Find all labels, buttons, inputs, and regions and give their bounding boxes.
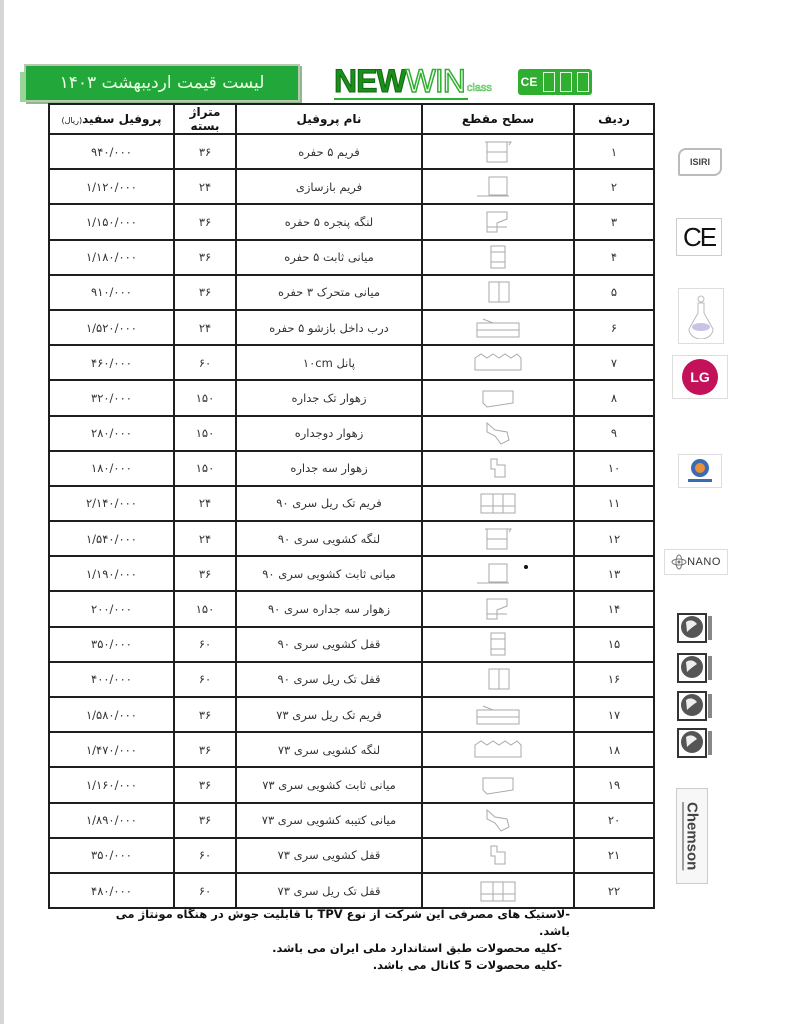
table-row: ۲۲قفل تک ریل سری ۷۳۶۰۴۸۰/۰۰۰ (49, 873, 654, 908)
page-title: لیست قیمت اردیبهشت ۱۴۰۳ (60, 73, 265, 93)
sliding-lock-73-section-icon (423, 842, 573, 868)
nano-label: NANO (687, 556, 721, 568)
table-row: ۱۵قفل کشویی سری ۹۰۶۰۳۵۰/۰۰۰ (49, 627, 654, 662)
ce-label: CE (683, 222, 715, 253)
price-cell: ۹۴۰/۰۰۰ (49, 134, 174, 169)
single-rail-lock-90-section-icon (423, 666, 573, 692)
price-cell: ۴۸۰/۰۰۰ (49, 873, 174, 908)
cross-section-cell (422, 873, 574, 908)
profile-name-cell: قفل تک ریل سری ۷۳ (236, 873, 422, 908)
row-number-cell: ۱۲ (574, 521, 654, 556)
price-cell: ۱/۴۷۰/۰۰۰ (49, 732, 174, 767)
cross-section-cell (422, 521, 574, 556)
transom-mullion-73-section-icon (423, 807, 573, 833)
inward-door-section-icon (423, 315, 573, 341)
cross-section-cell (422, 767, 574, 802)
price-cell: ۱/۸۹۰/۰۰۰ (49, 803, 174, 838)
package-length-cell: ۳۶ (174, 134, 236, 169)
badge-cell (577, 72, 589, 92)
nano-logo-icon: NANO (664, 549, 728, 575)
table-row: ۱۸لنگه کشویی سری ۷۳۳۶۱/۴۷۰/۰۰۰ (49, 732, 654, 767)
profile-name-cell: میانی ثابت کشویی سری ۷۳ (236, 767, 422, 802)
row-number-cell: ۱۳ (574, 556, 654, 591)
row-number-cell: ۴ (574, 240, 654, 275)
cross-section-cell (422, 416, 574, 451)
column-header-row-number: ردیف (574, 104, 654, 134)
cross-section-cell (422, 134, 574, 169)
sliding-sash-73-section-icon (423, 737, 573, 763)
column-header-package-length: متراژ بسته (174, 104, 236, 134)
profile-name-cell: درب داخل بازشو ۵ حفره (236, 310, 422, 345)
cross-section-cell (422, 732, 574, 767)
column-header-white-profile-price: پروفیل سفید(ریال) (49, 104, 174, 134)
package-length-cell: ۶۰ (174, 873, 236, 908)
package-length-cell: ۶۰ (174, 838, 236, 873)
package-length-cell: ۶۰ (174, 662, 236, 697)
fixed-mullion-section-icon (423, 244, 573, 270)
price-table: ردیف سطح مقطع نام پروفیل متراژ بسته پروف… (48, 103, 655, 909)
note-5-channel: -کلیه محصولات 5 کانال می باشد. (110, 957, 562, 974)
table-row: ۳لنگه پنجره ۵ حفره۳۶۱/۱۵۰/۰۰۰ (49, 204, 654, 239)
row-number-cell: ۹ (574, 416, 654, 451)
single-rail-frame-73-section-icon (423, 702, 573, 728)
table-row: ۸زهوار تک جداره۱۵۰۳۲۰/۰۰۰ (49, 380, 654, 415)
price-cell: ۱/۱۸۰/۰۰۰ (49, 240, 174, 275)
sliding-sash-90-section-icon (423, 526, 573, 552)
table-row: ۷پانل ۱۰cm۶۰۴۶۰/۰۰۰ (49, 345, 654, 380)
profile-name-cell: لنگه پنجره ۵ حفره (236, 204, 422, 239)
double-bead-section-icon (423, 420, 573, 446)
price-cell: ۲/۱۴۰/۰۰۰ (49, 486, 174, 521)
panel-section-icon (423, 350, 573, 376)
brand-class-text: class (467, 82, 492, 94)
row-number-cell: ۱۸ (574, 732, 654, 767)
row-number-cell: ۲۲ (574, 873, 654, 908)
profile-name-cell: زهوار تک جداره (236, 380, 422, 415)
profile-name-cell: فریم تک ریل سری ۹۰ (236, 486, 422, 521)
globe-standard-icon (676, 652, 716, 684)
row-number-cell: ۲۱ (574, 838, 654, 873)
globe-standard-icon (676, 727, 716, 759)
single-rail-lock-73-section-icon (423, 878, 573, 904)
row-number-cell: ۲۰ (574, 803, 654, 838)
sliding-fixed-mullion-73-section-icon (423, 772, 573, 798)
notes: -لاستیک های مصرفی این شرکت از نوع TPV با… (110, 906, 570, 974)
chemson-logo-icon: Chemson (676, 788, 708, 884)
row-number-cell: ۵ (574, 275, 654, 310)
price-cell: ۴۰۰/۰۰۰ (49, 662, 174, 697)
package-length-cell: ۶۰ (174, 345, 236, 380)
row-number-cell: ۱۹ (574, 767, 654, 802)
sliding-lock-90-section-icon (423, 631, 573, 657)
profile-name-cell: زهوار سه جداره سری ۹۰ (236, 591, 422, 626)
cross-section-cell (422, 803, 574, 838)
table-row: ۱۷فریم تک ریل سری ۷۳۳۶۱/۵۸۰/۰۰۰ (49, 697, 654, 732)
price-cell: ۳۵۰/۰۰۰ (49, 838, 174, 873)
renovation-frame-section-icon (423, 174, 573, 200)
cross-section-cell (422, 838, 574, 873)
note-tpv-gaskets: -لاستیک های مصرفی این شرکت از نوع TPV با… (110, 906, 570, 940)
chemson-label: Chemson (684, 802, 701, 870)
price-cell: ۴۶۰/۰۰۰ (49, 345, 174, 380)
profile-name-cell: میانی متحرک ۳ حفره (236, 275, 422, 310)
cross-section-cell (422, 380, 574, 415)
single-bead-section-icon (423, 385, 573, 411)
price-list-title-banner: لیست قیمت اردیبهشت ۱۴۰۳ (24, 64, 300, 102)
profile-name-cell: فریم بازسازی (236, 169, 422, 204)
triple-bead-section-icon (423, 455, 573, 481)
profile-name-cell: لنگه کشویی سری ۹۰ (236, 521, 422, 556)
row-number-cell: ۱۷ (574, 697, 654, 732)
lg-label: LG (690, 369, 709, 385)
profile-name-cell: پانل ۱۰cm (236, 345, 422, 380)
cross-section-cell (422, 451, 574, 486)
globe-standard-icon (676, 612, 716, 644)
package-length-cell: ۳۶ (174, 275, 236, 310)
cross-section-cell (422, 310, 574, 345)
row-number-cell: ۱۴ (574, 591, 654, 626)
row-number-cell: ۱۵ (574, 627, 654, 662)
package-length-cell: ۱۵۰ (174, 416, 236, 451)
page-edge (0, 0, 4, 1024)
cross-section-cell (422, 697, 574, 732)
price-cell: ۱/۱۹۰/۰۰۰ (49, 556, 174, 591)
table-row: ۱۱فریم تک ریل سری ۹۰۲۴۲/۱۴۰/۰۰۰ (49, 486, 654, 521)
single-rail-frame-90-section-icon (423, 490, 573, 516)
cross-section-cell (422, 591, 574, 626)
stray-dot (524, 565, 528, 569)
price-header-label: پروفیل سفید (82, 112, 161, 126)
certification-badge-icon: CE (518, 69, 592, 95)
price-cell: ۹۱۰/۰۰۰ (49, 275, 174, 310)
row-number-cell: ۱۱ (574, 486, 654, 521)
row-number-cell: ۱۰ (574, 451, 654, 486)
cross-section-cell (422, 662, 574, 697)
cross-section-cell (422, 345, 574, 380)
table-row: ۹زهوار دوجداره۱۵۰۲۸۰/۰۰۰ (49, 416, 654, 451)
brand-win-text: WIN (406, 66, 465, 96)
package-length-cell: ۲۴ (174, 310, 236, 345)
price-cell: ۱/۱۶۰/۰۰۰ (49, 767, 174, 802)
package-length-cell: ۳۶ (174, 803, 236, 838)
table-row: ۲۰میانی کتیبه کشویی سری ۷۳۳۶۱/۸۹۰/۰۰۰ (49, 803, 654, 838)
profile-name-cell: میانی ثابت ۵ حفره (236, 240, 422, 275)
brand-underline (334, 98, 468, 100)
profile-name-cell: قفل کشویی سری ۷۳ (236, 838, 422, 873)
package-length-cell: ۱۵۰ (174, 380, 236, 415)
globe-standard-icon (676, 690, 716, 722)
isiri-label: ISIRI (690, 157, 710, 167)
table-row: ۱۲لنگه کشویی سری ۹۰۲۴۱/۵۴۰/۰۰۰ (49, 521, 654, 556)
package-length-cell: ۳۶ (174, 697, 236, 732)
brand-new-text: NEW (334, 66, 406, 96)
table-row: ۱۹میانی ثابت کشویی سری ۷۳۳۶۱/۱۶۰/۰۰۰ (49, 767, 654, 802)
price-cell: ۲۸۰/۰۰۰ (49, 416, 174, 451)
triple-bead-90-section-icon (423, 596, 573, 622)
row-number-cell: ۶ (574, 310, 654, 345)
row-number-cell: ۲ (574, 169, 654, 204)
package-length-cell: ۳۶ (174, 556, 236, 591)
cross-section-cell (422, 556, 574, 591)
price-cell: ۱/۱۵۰/۰۰۰ (49, 204, 174, 239)
package-length-cell: ۳۶ (174, 732, 236, 767)
moving-mullion-section-icon (423, 279, 573, 305)
cross-section-cell (422, 204, 574, 239)
table-header-row: ردیف سطح مقطع نام پروفیل متراژ بسته پروف… (49, 104, 654, 134)
price-cell: ۱/۵۸۰/۰۰۰ (49, 697, 174, 732)
table-row: ۱فریم ۵ حفره۳۶۹۴۰/۰۰۰ (49, 134, 654, 169)
package-length-cell: ۶۰ (174, 627, 236, 662)
badge-cell (543, 72, 555, 92)
ce-mark-icon: CE (676, 218, 722, 256)
table-row: ۲فریم بازسازی۲۴۱/۱۲۰/۰۰۰ (49, 169, 654, 204)
profile-name-cell: فریم ۵ حفره (236, 134, 422, 169)
quality-seal-icon (678, 454, 722, 488)
profile-name-cell: میانی کتیبه کشویی سری ۷۳ (236, 803, 422, 838)
table-row: ۴میانی ثابت ۵ حفره۳۶۱/۱۸۰/۰۰۰ (49, 240, 654, 275)
price-cell: ۱/۱۲۰/۰۰۰ (49, 169, 174, 204)
lab-flask-icon (678, 288, 724, 344)
lg-logo-icon: LG (672, 355, 728, 399)
table-row: ۲۱قفل کشویی سری ۷۳۶۰۳۵۰/۰۰۰ (49, 838, 654, 873)
cross-section-cell (422, 240, 574, 275)
profile-name-cell: قفل تک ریل سری ۹۰ (236, 662, 422, 697)
table-row: ۱۴زهوار سه جداره سری ۹۰۱۵۰۲۰۰/۰۰۰ (49, 591, 654, 626)
package-length-cell: ۳۶ (174, 767, 236, 802)
table-row: ۱۰زهوار سه جداره۱۵۰۱۸۰/۰۰۰ (49, 451, 654, 486)
sliding-fixed-mullion-90-section-icon (423, 561, 573, 587)
package-length-cell: ۲۴ (174, 169, 236, 204)
package-length-cell: ۳۶ (174, 240, 236, 275)
table-row: ۶درب داخل بازشو ۵ حفره۲۴۱/۵۲۰/۰۰۰ (49, 310, 654, 345)
profile-name-cell: فریم تک ریل سری ۷۳ (236, 697, 422, 732)
price-cell: ۱/۵۴۰/۰۰۰ (49, 521, 174, 556)
newwin-logo: NEW WIN class (334, 66, 492, 96)
package-length-cell: ۱۵۰ (174, 451, 236, 486)
row-number-cell: ۷ (574, 345, 654, 380)
column-header-cross-section: سطح مقطع (422, 104, 574, 134)
window-sash-section-icon (423, 209, 573, 235)
cross-section-cell (422, 275, 574, 310)
price-unit-label: (ریال) (62, 116, 83, 125)
ce-mark: CE (521, 75, 538, 89)
isiri-standard-icon: ISIRI (678, 148, 722, 176)
table-row: ۱۶قفل تک ریل سری ۹۰۶۰۴۰۰/۰۰۰ (49, 662, 654, 697)
package-length-cell: ۲۴ (174, 521, 236, 556)
package-length-cell: ۱۵۰ (174, 591, 236, 626)
price-cell: ۱/۵۲۰/۰۰۰ (49, 310, 174, 345)
row-number-cell: ۱۶ (574, 662, 654, 697)
profile-name-cell: زهوار سه جداره (236, 451, 422, 486)
profile-name-cell: قفل کشویی سری ۹۰ (236, 627, 422, 662)
row-number-cell: ۳ (574, 204, 654, 239)
profile-name-cell: زهوار دوجداره (236, 416, 422, 451)
cross-section-cell (422, 627, 574, 662)
cross-section-cell (422, 169, 574, 204)
cross-section-cell (422, 486, 574, 521)
table-row: ۵میانی متحرک ۳ حفره۳۶۹۱۰/۰۰۰ (49, 275, 654, 310)
row-number-cell: ۸ (574, 380, 654, 415)
price-cell: ۲۰۰/۰۰۰ (49, 591, 174, 626)
note-national-standard: -کلیه محصولات طبق استاندارد ملی ایران می… (110, 940, 562, 957)
price-cell: ۱۸۰/۰۰۰ (49, 451, 174, 486)
package-length-cell: ۳۶ (174, 204, 236, 239)
price-cell: ۳۲۰/۰۰۰ (49, 380, 174, 415)
profile-name-cell: لنگه کشویی سری ۷۳ (236, 732, 422, 767)
profile-name-cell: میانی ثابت کشویی سری ۹۰ (236, 556, 422, 591)
price-cell: ۳۵۰/۰۰۰ (49, 627, 174, 662)
badge-cell (560, 72, 572, 92)
table-body: ۱فریم ۵ حفره۳۶۹۴۰/۰۰۰۲فریم بازسازی۲۴۱/۱۲… (49, 134, 654, 908)
column-header-profile-name: نام پروفیل (236, 104, 422, 134)
table-row: ۱۳میانی ثابت کشویی سری ۹۰۳۶۱/۱۹۰/۰۰۰ (49, 556, 654, 591)
package-length-cell: ۲۴ (174, 486, 236, 521)
frame-5-chamber-section-icon (423, 139, 573, 165)
row-number-cell: ۱ (574, 134, 654, 169)
